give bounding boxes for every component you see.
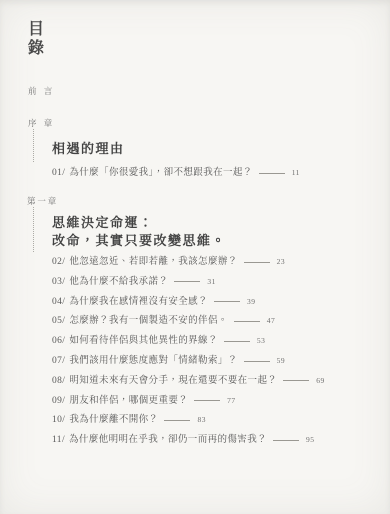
toc-item-text: 明知道未來有天會分手，現在還要不要在一起？	[69, 375, 277, 387]
toc-item-number: 03/	[52, 276, 65, 288]
heading-chapter1-line-1: 思維決定命運：	[52, 214, 226, 232]
page-leader-dash	[214, 301, 240, 302]
toc-item-number: 05/	[52, 315, 65, 327]
dotted-connector-prologue	[33, 129, 34, 162]
page-leader-dash	[244, 361, 270, 362]
page-leader-dash	[164, 420, 190, 421]
heading-prologue-line-1: 相遇的理由	[52, 140, 125, 158]
toc-item-number: 10/	[52, 414, 65, 426]
section-label-prologue: 序章	[28, 117, 59, 129]
section-label-preface: 前言	[28, 85, 59, 97]
toc-item-text: 如何看待伴侶與其他異性的界線？	[69, 335, 218, 347]
heading-prologue: 相遇的理由	[52, 140, 125, 158]
toc-item-text: 他忽遠忽近、若即若離，我該怎麼辦？	[69, 256, 237, 268]
toc-item-page-number: 39	[247, 296, 256, 308]
toc-item-page-number: 69	[316, 375, 325, 387]
toc-item-text: 我為什麼離不開你？	[69, 414, 158, 426]
toc-item-text: 他為什麼不給我承諾？	[69, 276, 168, 288]
toc-item: 07/ 我們該用什麼態度應對「情緒勒索」？ 59	[52, 355, 325, 367]
section-label-chapter1: 第一章	[27, 195, 58, 207]
toc-item-text: 我們該用什麼態度應對「情緒勒索」？	[69, 355, 237, 367]
page-leader-dash	[244, 262, 270, 263]
page-leader-dash	[194, 400, 220, 401]
toc-item-number: 08/	[52, 375, 65, 387]
toc-item-page-number: 95	[306, 434, 315, 446]
chapter1-toc-list: 02/ 他忽遠忽近、若即若離，我該怎麼辦？ 23 03/ 他為什麼不給我承諾？ …	[52, 256, 325, 446]
toc-item-page-number: 31	[207, 276, 216, 288]
toc-item-number: 09/	[52, 395, 65, 407]
toc-item-number: 04/	[52, 296, 65, 308]
toc-item-page-number: 83	[197, 414, 206, 426]
toc-item-number: 06/	[52, 335, 65, 347]
page-leader-dash	[259, 173, 285, 174]
page-leader-dash	[174, 281, 200, 282]
toc-page: 目 錄 前言 序章 相遇的理由 01/ 為什麼「你很愛我」，卻不想跟我在一起？ …	[0, 0, 390, 514]
toc-item-page-number: 59	[277, 355, 286, 367]
toc-item: 09/ 朋友和伴侶，哪個更重要？ 77	[52, 395, 325, 407]
toc-item-text: 為什麼我在感情裡沒有安全感？	[69, 296, 208, 308]
toc-item: 06/ 如何看待伴侶與其他異性的界線？ 53	[52, 335, 325, 347]
toc-item-text: 為什麼「你很愛我」，卻不想跟我在一起？	[69, 167, 252, 179]
heading-chapter1-line-2: 改命，其實只要改變思維。	[52, 232, 226, 250]
page-leader-dash	[224, 341, 250, 342]
page-leader-dash	[283, 380, 309, 381]
toc-item: 05/ 怎麼辦？我有一個製造不安的伴侶。 47	[52, 315, 325, 327]
toc-item-number: 02/	[52, 256, 65, 268]
toc-item-text: 怎麼辦？我有一個製造不安的伴侶。	[69, 315, 227, 327]
toc-item: 04/ 為什麼我在感情裡沒有安全感？ 39	[52, 296, 325, 308]
toc-item-page-number: 47	[267, 315, 276, 327]
toc-item-number: 11/	[52, 434, 65, 446]
toc-item-number: 07/	[52, 355, 65, 367]
toc-item: 02/ 他忽遠忽近、若即若離，我該怎麼辦？ 23	[52, 256, 325, 268]
toc-item-text: 為什麼他明明在乎我，卻仍一而再的傷害我？	[69, 434, 267, 446]
toc-item-number: 01/	[52, 167, 65, 179]
toc-item: 11/ 為什麼他明明在乎我，卻仍一而再的傷害我？ 95	[52, 434, 325, 446]
toc-item-page-number: 23	[277, 256, 286, 268]
heading-chapter1: 思維決定命運： 改命，其實只要改變思維。	[52, 214, 226, 250]
toc-item: 01/ 為什麼「你很愛我」，卻不想跟我在一起？ 11	[52, 167, 300, 179]
page-title-char-2: 錄	[28, 39, 44, 58]
page-leader-dash	[234, 321, 260, 322]
dotted-connector-chapter1	[33, 207, 34, 252]
page-leader-dash	[273, 440, 299, 441]
toc-item-page-number: 11	[292, 167, 300, 179]
toc-item-page-number: 77	[227, 395, 236, 407]
page-title-char-1: 目	[28, 20, 44, 39]
toc-item-text: 朋友和伴侶，哪個更重要？	[69, 395, 188, 407]
toc-item: 08/ 明知道未來有天會分手，現在還要不要在一起？ 69	[52, 375, 325, 387]
toc-item: 03/ 他為什麼不給我承諾？ 31	[52, 276, 325, 288]
toc-item-page-number: 53	[257, 335, 266, 347]
toc-item: 10/ 我為什麼離不開你？ 83	[52, 414, 325, 426]
page-title: 目 錄	[28, 20, 44, 58]
